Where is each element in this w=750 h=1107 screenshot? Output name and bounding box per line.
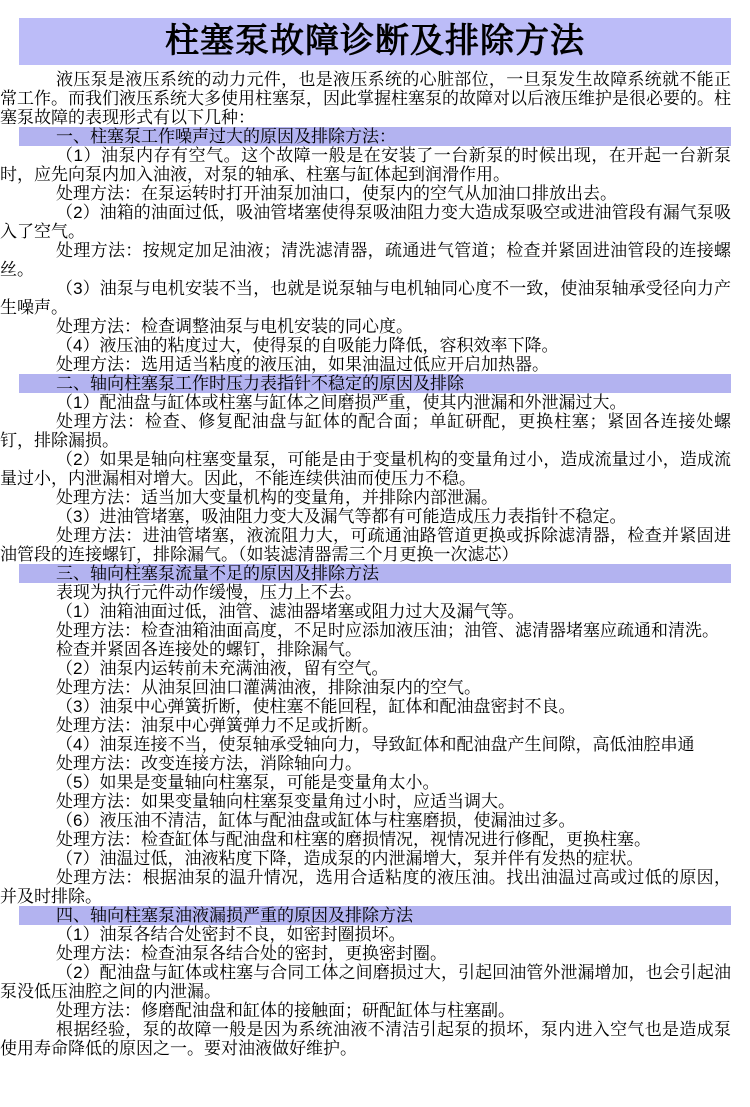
paragraph: （4）油泵连接不当，使泵轴承受轴向力，导致缸体和配油盘产生间隙，高低油腔串通 <box>0 735 731 754</box>
paragraph: 处理方法：检查调整油泵与电机安装的同心度。 <box>0 317 731 336</box>
section-heading: 三、轴向柱塞泵流量不足的原因及排除方法 <box>19 564 731 583</box>
paragraph: 处理方法：油泵中心弹簧弹力不足或折断。 <box>0 716 731 735</box>
paragraph: 处理方法：根据油泵的温升情况，选用合适粘度的液压油。找出油温过高或过低的原因，并… <box>0 868 731 906</box>
paragraph: 处理方法：检查油泵各结合处的密封，更换密封圈。 <box>0 944 731 963</box>
section-heading: 四、轴向柱塞泵油液漏损严重的原因及排除方法 <box>19 906 731 925</box>
intro-paragraph: 液压泵是液压系统的动力元件，也是液压系统的心脏部位，一旦泵发生故障系统就不能正常… <box>0 70 731 127</box>
paragraph: （2）油箱的油面过低，吸油管堵塞使得泵吸油阻力变大造成泵吸空或进油管段有漏气泵吸… <box>0 203 731 241</box>
paragraph: 处理方法：检查缸体与配油盘和柱塞的磨损情况，视情况进行修配，更换柱塞。 <box>0 830 731 849</box>
sections: 一、柱塞泵工作噪声过大的原因及排除方法：（1）油泵内存有空气。这个故障一般是在安… <box>0 127 731 1058</box>
paragraph: 处理方法：检查油箱油面高度，不足时应添加液压油；油管、滤清器堵塞应疏通和清洗。 <box>0 621 731 640</box>
paragraph: 处理方法：适当加大变量机构的变量角，并排除内部泄漏。 <box>0 488 731 507</box>
paragraph: 处理方法：进油管堵塞，液流阻力大，可疏通油路管道更换或拆除滤清器，检查并紧固进油… <box>0 526 731 564</box>
paragraph: （3）油泵与电机安装不当，也就是说泵轴与电机轴同心度不一致，使油泵轴承受径向力产… <box>0 279 731 317</box>
paragraph: （3）油泵中心弹簧折断，使柱塞不能回程，缸体和配油盘密封不良。 <box>0 697 731 716</box>
paragraph: （1）油箱油面过低，油管、滤油器堵塞或阻力过大及漏气等。 <box>0 602 731 621</box>
paragraph: 处理方法：如果变量轴向柱塞泵变量角过小时，应适当调大。 <box>0 792 731 811</box>
document-title-bar: 柱塞泵故障诊断及排除方法 <box>19 18 731 65</box>
paragraph: （5）如果是变量轴向柱塞泵，可能是变量角太小。 <box>0 773 731 792</box>
paragraph: （1）油泵各结合处密封不良，如密封圈损坏。 <box>0 925 731 944</box>
section-heading: 一、柱塞泵工作噪声过大的原因及排除方法： <box>19 127 731 146</box>
paragraph: （7）油温过低，油液粘度下降，造成泵的内泄漏增大，泵并伴有发热的症状。 <box>0 849 731 868</box>
paragraph: （3）进油管堵塞，吸油阻力变大及漏气等都有可能造成压力表指针不稳定。 <box>0 507 731 526</box>
paragraph: （2）如果是轴向柱塞变量泵，可能是由于变量机构的变量角过小，造成流量过小，造成流… <box>0 450 731 488</box>
paragraph: 表现为执行元件动作缓慢，压力上不去。 <box>0 583 731 602</box>
document-content: 液压泵是液压系统的动力元件，也是液压系统的心脏部位，一旦泵发生故障系统就不能正常… <box>0 70 750 1058</box>
paragraph: （1）配油盘与缸体或柱塞与缸体之间磨损严重，使其内泄漏和外泄漏过大。 <box>0 393 731 412</box>
paragraph: （1）油泵内存有空气。这个故障一般是在安装了一台新泵的时候出现，在开起一台新泵时… <box>0 146 731 184</box>
paragraph: 处理方法：从油泵回油口灌满油液，排除油泵内的空气。 <box>0 678 731 697</box>
paragraph: 处理方法：检查、修复配油盘与缸体的配合面；单缸研配，更换柱塞；紧固各连接处螺钉，… <box>0 412 731 450</box>
paragraph: 检查并紧固各连接处的螺钉，排除漏气。 <box>0 640 731 659</box>
paragraph: 处理方法：改变连接方法，消除轴向力。 <box>0 754 731 773</box>
paragraph: 处理方法：在泵运转时打开油泵加油口，使泵内的空气从加油口排放出去。 <box>0 184 731 203</box>
document-page: 柱塞泵故障诊断及排除方法 液压泵是液压系统的动力元件，也是液压系统的心脏部位，一… <box>0 0 750 1107</box>
document-title: 柱塞泵故障诊断及排除方法 <box>165 32 585 51</box>
paragraph: 处理方法：选用适当粘度的液压油，如果油温过低应开启加热器。 <box>0 355 731 374</box>
paragraph: 处理方法：修磨配油盘和缸体的接触面；研配缸体与柱塞副。 <box>0 1001 731 1020</box>
paragraph: 处理方法：按规定加足油液；清洗滤清器，疏通进气管道；检查并紧固进油管段的连接螺丝… <box>0 241 731 279</box>
paragraph: （6）液压油不清洁，缸体与配油盘或缸体与柱塞磨损，使漏油过多。 <box>0 811 731 830</box>
paragraph: （2）配油盘与缸体或柱塞与合同工体之间磨损过大，引起回油管外泄漏增加，也会引起油… <box>0 963 731 1001</box>
paragraph: （2）油泵内运转前未充满油液，留有空气。 <box>0 659 731 678</box>
paragraph: （4）液压油的粘度过大，使得泵的自吸能力降低，容积效率下降。 <box>0 336 731 355</box>
paragraph: 根据经验，泵的故障一般是因为系统油液不清洁引起泵的损坏，泵内进入空气也是造成泵使… <box>0 1020 731 1058</box>
section-heading: 二、轴向柱塞泵工作时压力表指针不稳定的原因及排除 <box>19 374 731 393</box>
